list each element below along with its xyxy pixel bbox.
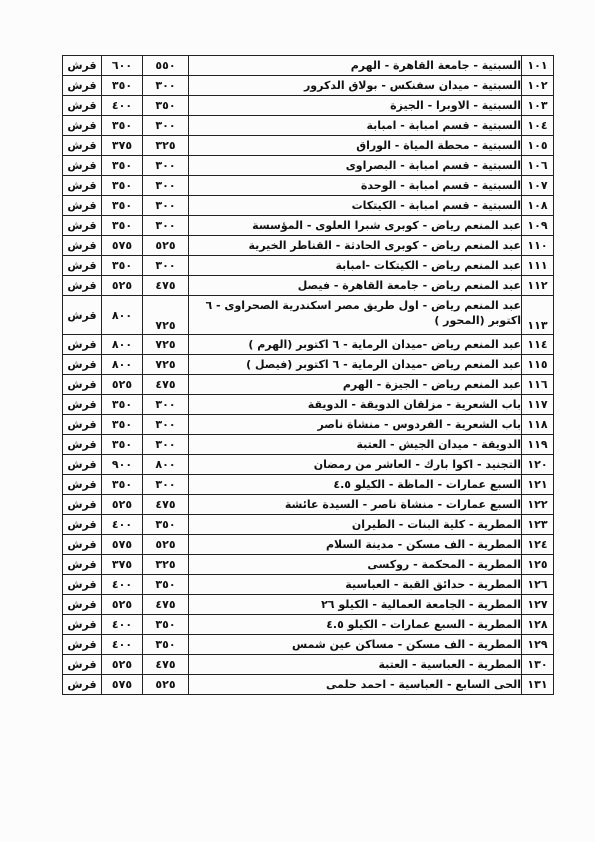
line-number-cell: ١٣١ (522, 675, 554, 695)
currency-unit-cell: قرش (63, 96, 102, 116)
document-page: قرش ٦٠٠ ٥٥٠ السبتية - جامعة القاهرة - ال… (0, 0, 595, 842)
currency-unit-cell: قرش (63, 395, 102, 415)
new-fare-cell: ٤٠٠ (102, 96, 143, 116)
currency-unit-cell: قرش (63, 56, 102, 76)
table-row: قرش ٩٠٠ ٨٠٠ التجنيد - اكوا بارك - العاشر… (63, 455, 554, 475)
table-row: قرش ٨٠٠ ٧٢٥ عبد المنعم رياض -ميدان الرما… (63, 335, 554, 355)
old-fare-cell: ٣٠٠ (143, 116, 189, 136)
route-cell: عبد المنعم رياض - الكيتكات -امبابة (189, 256, 522, 276)
line-number-cell: ١٢٩ (522, 635, 554, 655)
old-fare-cell: ٨٠٠ (143, 455, 189, 475)
line-number-cell: ١١٩ (522, 435, 554, 455)
route-cell: باب الشعرية - مزلقان الدويقة - الدويقة (189, 395, 522, 415)
currency-unit-cell: قرش (63, 116, 102, 136)
route-cell: المطرية - السبع عمارات - الكيلو ٤.٥ (189, 615, 522, 635)
old-fare-cell: ٣٢٥ (143, 555, 189, 575)
currency-unit-cell: قرش (63, 655, 102, 675)
old-fare-cell: ٣٠٠ (143, 395, 189, 415)
new-fare-cell: ٨٠٠ (102, 355, 143, 375)
currency-unit-cell: قرش (63, 495, 102, 515)
table-row: قرش ٥٧٥ ٥٢٥ عبد المنعم رياض - كوبرى الحا… (63, 236, 554, 256)
table-row: قرش ٣٥٠ ٣٠٠ السبتية - قسم امبابة - الوحد… (63, 176, 554, 196)
line-number-cell: ١٢٦ (522, 575, 554, 595)
currency-unit-cell: قرش (63, 615, 102, 635)
route-cell: السبتية - قسم امبابة - الوحدة (189, 176, 522, 196)
old-fare-cell: ٧٢٥ (143, 335, 189, 355)
route-cell: المطرية - المحكمة - روكسى (189, 555, 522, 575)
line-number-cell: ١٠٧ (522, 176, 554, 196)
new-fare-cell: ٨٠٠ (102, 296, 143, 335)
route-cell: عبد المنعم رياض - كوبرى الحادثة - القناط… (189, 236, 522, 256)
currency-unit-cell: قرش (63, 216, 102, 236)
table-row: قرش ٤٠٠ ٣٥٠ المطرية - الف مسكن - مساكن ع… (63, 635, 554, 655)
old-fare-cell: ٣٠٠ (143, 76, 189, 96)
currency-unit-cell: قرش (63, 455, 102, 475)
route-cell: باب الشعرية - الفردوس - منشاة ناصر (189, 415, 522, 435)
new-fare-cell: ٥٧٥ (102, 236, 143, 256)
line-number-cell: ١٠٤ (522, 116, 554, 136)
new-fare-cell: ٣٥٠ (102, 435, 143, 455)
route-cell: الدويقة - ميدان الجيش - العتبة (189, 435, 522, 455)
old-fare-cell: ٣٠٠ (143, 256, 189, 276)
line-number-cell: ١١٤ (522, 335, 554, 355)
route-cell: السبتية - قسم امبابة - الكيتكات (189, 196, 522, 216)
line-number-cell: ١٠٢ (522, 76, 554, 96)
currency-unit-cell: قرش (63, 475, 102, 495)
new-fare-cell: ٣٥٠ (102, 256, 143, 276)
currency-unit-cell: قرش (63, 176, 102, 196)
table-row: قرش ٥٢٥ ٤٧٥ عبد المنعم رياض - جامعة القا… (63, 276, 554, 296)
currency-unit-cell: قرش (63, 276, 102, 296)
currency-unit-cell: قرش (63, 595, 102, 615)
line-number-cell: ١١٢ (522, 276, 554, 296)
table-row: قرش ٣٧٥ ٣٢٥ المطرية - المحكمة - روكسى ١٢… (63, 555, 554, 575)
new-fare-cell: ٥٢٥ (102, 655, 143, 675)
currency-unit-cell: قرش (63, 355, 102, 375)
table-row: قرش ٨٠٠ ٧٢٥ عبد المنعم رياض -ميدان الرما… (63, 355, 554, 375)
currency-unit-cell: قرش (63, 435, 102, 455)
old-fare-cell: ٣٥٠ (143, 615, 189, 635)
line-number-cell: ١١٥ (522, 355, 554, 375)
table-row: قرش ٥٢٥ ٤٧٥ المطرية - الجامعة العمالية -… (63, 595, 554, 615)
route-cell: السبتية - الاوبرا - الجيزة (189, 96, 522, 116)
currency-unit-cell: قرش (63, 256, 102, 276)
new-fare-cell: ٥٧٥ (102, 535, 143, 555)
new-fare-cell: ٥٢٥ (102, 595, 143, 615)
route-cell: عبد المنعم رياض -ميدان الرماية - ٦ اكتوب… (189, 335, 522, 355)
table-row: قرش ٣٥٠ ٣٠٠ السبتية - ميدان سفنكس - بولا… (63, 76, 554, 96)
old-fare-cell: ٣٥٠ (143, 635, 189, 655)
line-number-cell: ١٢٨ (522, 615, 554, 635)
new-fare-cell: ٥٢٥ (102, 276, 143, 296)
currency-unit-cell: قرش (63, 335, 102, 355)
new-fare-cell: ٤٠٠ (102, 515, 143, 535)
route-cell: المطرية - كلية البنات - الطيران (189, 515, 522, 535)
currency-unit-cell: قرش (63, 296, 102, 335)
table-row: قرش ٣٥٠ ٣٠٠ السبتية - قسم امبابة - الكيت… (63, 196, 554, 216)
old-fare-cell: ٤٧٥ (143, 655, 189, 675)
new-fare-cell: ٤٠٠ (102, 575, 143, 595)
table-row: قرش ٣٥٠ ٣٠٠ عبد المنعم رياض - الكيتكات -… (63, 256, 554, 276)
line-number-cell: ١٢٢ (522, 495, 554, 515)
table-row: قرش ٣٥٠ ٣٠٠ السبتية - قسم امبابة - البصر… (63, 156, 554, 176)
line-number-cell: ١٣٠ (522, 655, 554, 675)
table-row: قرش ٤٠٠ ٣٥٠ المطرية - كلية البنات - الطي… (63, 515, 554, 535)
old-fare-cell: ٣٥٠ (143, 96, 189, 116)
table-row: قرش ٥٢٥ ٤٧٥ المطرية - العباسية - العتبة … (63, 655, 554, 675)
new-fare-cell: ٣٧٥ (102, 555, 143, 575)
new-fare-cell: ٣٥٠ (102, 176, 143, 196)
currency-unit-cell: قرش (63, 196, 102, 216)
route-cell: السبتية - ميدان سفنكس - بولاق الدكرور (189, 76, 522, 96)
line-number-cell: ١٢٠ (522, 455, 554, 475)
currency-unit-cell: قرش (63, 635, 102, 655)
table-row: قرش ٨٠٠ ٧٢٥ عبد المنعم رياض - اول طريق م… (63, 296, 554, 335)
table-row: قرش ٦٠٠ ٥٥٠ السبتية - جامعة القاهرة - ال… (63, 56, 554, 76)
route-cell: السبع عمارات - الماظة - الكيلو ٤.٥ (189, 475, 522, 495)
line-number-cell: ١٠٩ (522, 216, 554, 236)
old-fare-cell: ٣٠٠ (143, 475, 189, 495)
currency-unit-cell: قرش (63, 575, 102, 595)
table-row: قرش ٤٠٠ ٣٥٠ المطرية - حدائق القبة - العب… (63, 575, 554, 595)
line-number-cell: ١١٨ (522, 415, 554, 435)
currency-unit-cell: قرش (63, 136, 102, 156)
line-number-cell: ١١٧ (522, 395, 554, 415)
new-fare-cell: ٣٥٠ (102, 395, 143, 415)
route-cell: عبد المنعم رياض - جامعة القاهرة - فيصل (189, 276, 522, 296)
route-cell: السبع عمارات - منشاة ناصر - السيدة عائشة (189, 495, 522, 515)
old-fare-cell: ٣٥٠ (143, 515, 189, 535)
old-fare-cell: ٥٢٥ (143, 535, 189, 555)
currency-unit-cell: قرش (63, 515, 102, 535)
table-row: قرش ٣٥٠ ٣٠٠ السبع عمارات - الماظة - الكي… (63, 475, 554, 495)
old-fare-cell: ٣٠٠ (143, 196, 189, 216)
old-fare-cell: ٤٧٥ (143, 276, 189, 296)
table-row: قرش ٣٥٠ ٣٠٠ عبد المنعم رياض - كوبرى شبرا… (63, 216, 554, 236)
new-fare-cell: ٣٥٠ (102, 415, 143, 435)
line-number-cell: ١٠٨ (522, 196, 554, 216)
line-number-cell: ١٠٦ (522, 156, 554, 176)
line-number-cell: ١٢٤ (522, 535, 554, 555)
new-fare-cell: ٤٠٠ (102, 615, 143, 635)
table-row: قرش ٥٧٥ ٥٢٥ المطرية - الف مسكن - مدينة ا… (63, 535, 554, 555)
old-fare-cell: ٣٠٠ (143, 156, 189, 176)
new-fare-cell: ٥٢٥ (102, 375, 143, 395)
line-number-cell: ١٠١ (522, 56, 554, 76)
table-row: قرش ٣٥٠ ٣٠٠ الدويقة - ميدان الجيش - العت… (63, 435, 554, 455)
old-fare-cell: ٣٥٠ (143, 575, 189, 595)
route-cell: عبد المنعم رياض - كوبرى شبرا العلوى - ال… (189, 216, 522, 236)
table-row: قرش ٥٧٥ ٥٢٥ الحى السابع - العباسية - احم… (63, 675, 554, 695)
table-row: قرش ٣٥٠ ٣٠٠ السبتية - قسم امبابة - امباب… (63, 116, 554, 136)
old-fare-cell: ٣٠٠ (143, 415, 189, 435)
fare-table-body: قرش ٦٠٠ ٥٥٠ السبتية - جامعة القاهرة - ال… (63, 56, 554, 695)
old-fare-cell: ٥٥٠ (143, 56, 189, 76)
new-fare-cell: ٣٧٥ (102, 136, 143, 156)
table-row: قرش ٥٢٥ ٤٧٥ السبع عمارات - منشاة ناصر - … (63, 495, 554, 515)
route-cell: السبتية - محطة المياة - الوراق (189, 136, 522, 156)
route-cell: السبتية - جامعة القاهرة - الهرم (189, 56, 522, 76)
new-fare-cell: ٥٢٥ (102, 495, 143, 515)
new-fare-cell: ٩٠٠ (102, 455, 143, 475)
line-number-cell: ١٢٧ (522, 595, 554, 615)
new-fare-cell: ٤٠٠ (102, 635, 143, 655)
line-number-cell: ١١٣ (522, 296, 554, 335)
table-row: قرش ٤٠٠ ٣٥٠ السبتية - الاوبرا - الجيزة ١… (63, 96, 554, 116)
currency-unit-cell: قرش (63, 375, 102, 395)
old-fare-cell: ٥٢٥ (143, 236, 189, 256)
old-fare-cell: ٣٠٠ (143, 435, 189, 455)
route-cell: السبتية - قسم امبابة - امبابة (189, 116, 522, 136)
currency-unit-cell: قرش (63, 675, 102, 695)
line-number-cell: ١٠٥ (522, 136, 554, 156)
table-row: قرش ٣٥٠ ٣٠٠ باب الشعرية - الفردوس - منشا… (63, 415, 554, 435)
table-row: قرش ٣٥٠ ٣٠٠ باب الشعرية - مزلقان الدويقة… (63, 395, 554, 415)
line-number-cell: ١٢٣ (522, 515, 554, 535)
route-cell: المطرية - حدائق القبة - العباسية (189, 575, 522, 595)
old-fare-cell: ٧٢٥ (143, 296, 189, 335)
old-fare-cell: ٣٠٠ (143, 216, 189, 236)
old-fare-cell: ٤٧٥ (143, 595, 189, 615)
route-cell: عبد المنعم رياض - الجيزة - الهرم (189, 375, 522, 395)
table-row: قرش ٥٢٥ ٤٧٥ عبد المنعم رياض - الجيزة - ا… (63, 375, 554, 395)
old-fare-cell: ٧٢٥ (143, 355, 189, 375)
old-fare-cell: ٤٧٥ (143, 375, 189, 395)
new-fare-cell: ٣٥٠ (102, 196, 143, 216)
new-fare-cell: ٣٥٠ (102, 475, 143, 495)
route-cell: المطرية - الجامعة العمالية - الكيلو ٢٦ (189, 595, 522, 615)
route-cell: المطرية - الف مسكن - مساكن عين شمس (189, 635, 522, 655)
currency-unit-cell: قرش (63, 156, 102, 176)
line-number-cell: ١٢٥ (522, 555, 554, 575)
old-fare-cell: ٤٧٥ (143, 495, 189, 515)
line-number-cell: ١٢١ (522, 475, 554, 495)
currency-unit-cell: قرش (63, 555, 102, 575)
new-fare-cell: ٥٧٥ (102, 675, 143, 695)
new-fare-cell: ٣٥٠ (102, 156, 143, 176)
currency-unit-cell: قرش (63, 535, 102, 555)
new-fare-cell: ٦٠٠ (102, 56, 143, 76)
fare-table: قرش ٦٠٠ ٥٥٠ السبتية - جامعة القاهرة - ال… (62, 55, 554, 695)
new-fare-cell: ٨٠٠ (102, 335, 143, 355)
route-cell: السبتية - قسم امبابة - البصراوى (189, 156, 522, 176)
new-fare-cell: ٣٥٠ (102, 76, 143, 96)
old-fare-cell: ٥٢٥ (143, 675, 189, 695)
old-fare-cell: ٣٢٥ (143, 136, 189, 156)
currency-unit-cell: قرش (63, 236, 102, 256)
route-cell: الحى السابع - العباسية - احمد حلمى (189, 675, 522, 695)
table-row: قرش ٣٧٥ ٣٢٥ السبتية - محطة المياة - الور… (63, 136, 554, 156)
route-cell: المطرية - الف مسكن - مدينة السلام (189, 535, 522, 555)
old-fare-cell: ٣٠٠ (143, 176, 189, 196)
table-row: قرش ٤٠٠ ٣٥٠ المطرية - السبع عمارات - الك… (63, 615, 554, 635)
currency-unit-cell: قرش (63, 415, 102, 435)
route-cell: التجنيد - اكوا بارك - العاشر من رمضان (189, 455, 522, 475)
route-cell: المطرية - العباسية - العتبة (189, 655, 522, 675)
new-fare-cell: ٣٥٠ (102, 116, 143, 136)
line-number-cell: ١١٦ (522, 375, 554, 395)
new-fare-cell: ٣٥٠ (102, 216, 143, 236)
currency-unit-cell: قرش (63, 76, 102, 96)
line-number-cell: ١٠٣ (522, 96, 554, 116)
line-number-cell: ١١٠ (522, 236, 554, 256)
line-number-cell: ١١١ (522, 256, 554, 276)
route-cell: عبد المنعم رياض - اول طريق مصر اسكندرية … (189, 296, 522, 335)
route-cell: عبد المنعم رياض -ميدان الرماية - ٦ اكتوب… (189, 355, 522, 375)
